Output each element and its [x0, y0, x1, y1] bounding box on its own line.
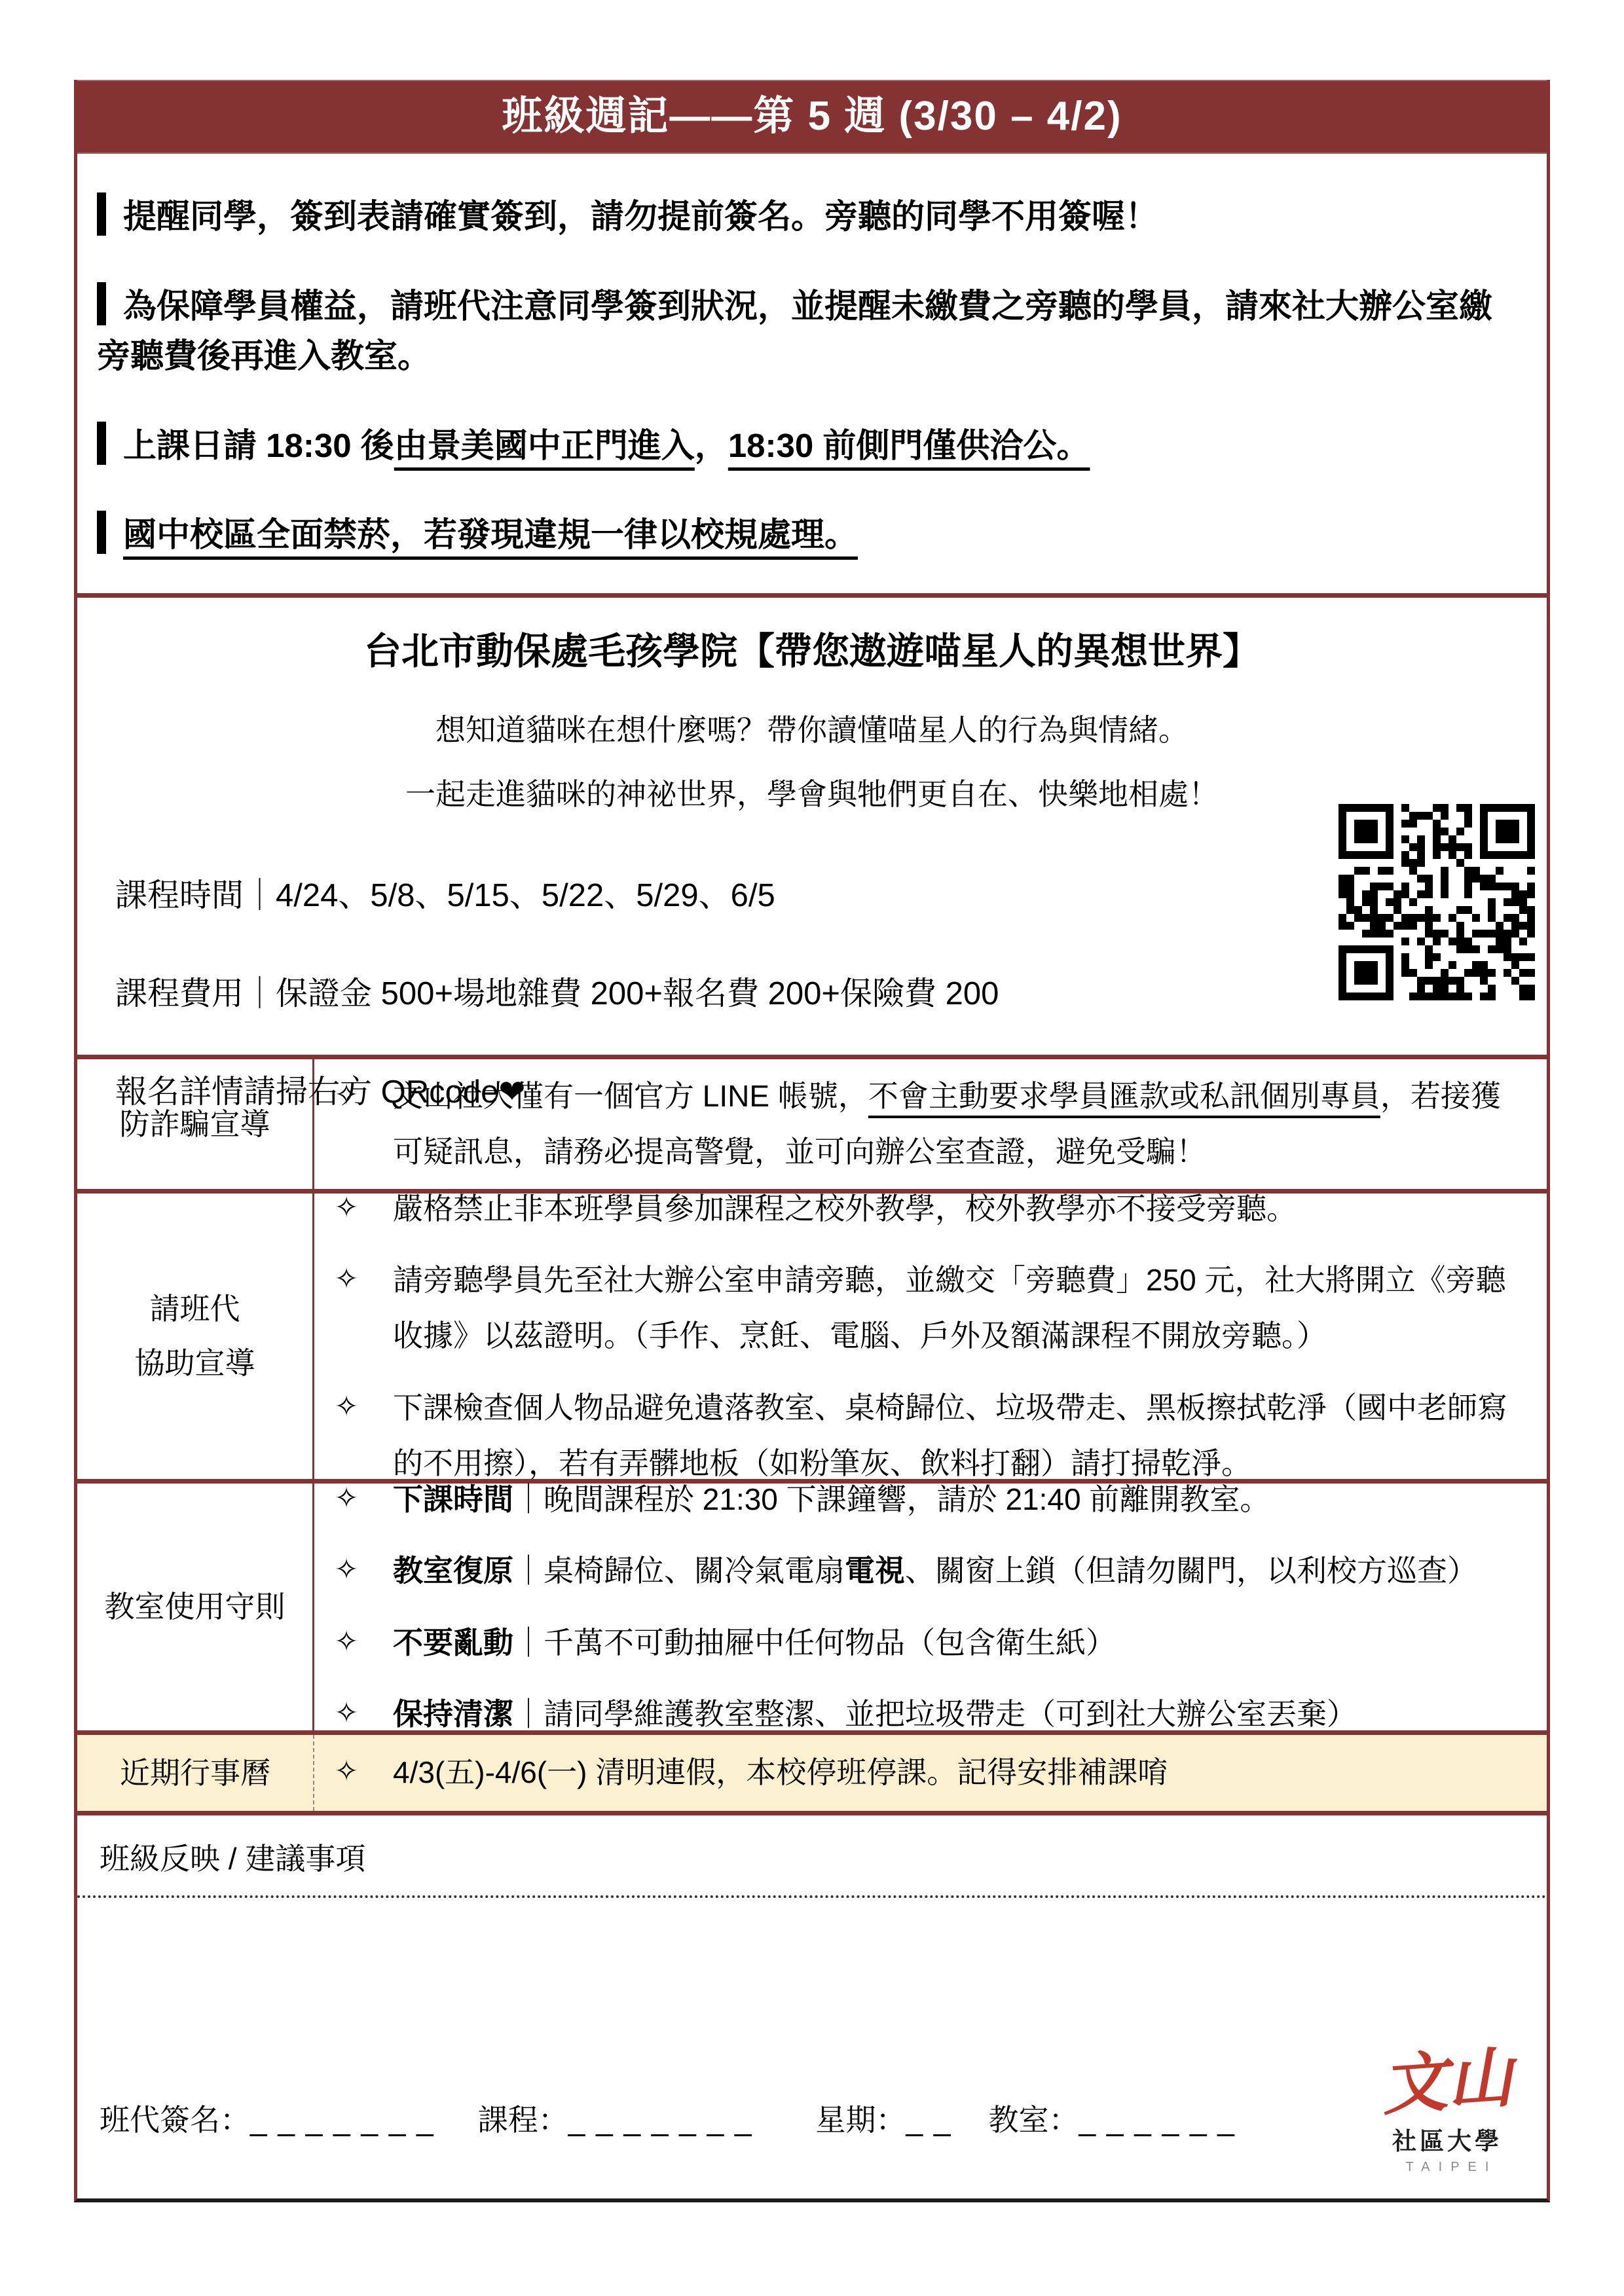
row-label-assist: 請班代 協助宣導: [77, 1194, 314, 1479]
report-sheet: 班級週記——第 5 週 (3/30 – 4/2) 提醒同學，簽到表請確實簽到，請…: [74, 80, 1550, 2202]
diamond-bullet-icon: ✧: [330, 1619, 363, 1665]
diamond-bullet-icon: ✧: [330, 1384, 363, 1430]
rule-text: ｜請同學維護教室整潔、並把垃圾帶走（可到社大辦公室丟棄）: [513, 1697, 1357, 1731]
classroom-blank-field: _ _ _ _ _ _: [1079, 2102, 1235, 2138]
notice-bar-icon: [97, 282, 106, 325]
notice-text: 為保障學員權益，請班代注意同學簽到狀況，並提醒未繳費之旁聽的學員，請來社大辦公室…: [97, 287, 1492, 375]
notice-paragraph: 國中校區全面禁菸，若發現違規一律以校規處理。: [97, 510, 1510, 560]
row-label-calendar: 近期行事曆: [77, 1735, 314, 1811]
notice-text: ，: [695, 427, 728, 464]
rule-title: 下課時間: [393, 1482, 513, 1516]
row-label-line: 請班代: [150, 1282, 240, 1336]
table-row-calendar: 近期行事曆 ✧ 4/3(五)-4/6(一) 清明連假，本校停班停課。記得安排補課…: [77, 1735, 1547, 1811]
signature-label: 班代簽名：: [100, 2096, 250, 2140]
qr-instruction-text: 報名詳情請掃右方 QRcode: [115, 1074, 498, 1110]
notice-paragraph: 上課日請 18:30 後由景美國中正門進入，18:30 前側門僅供洽公。: [97, 421, 1510, 471]
qr-code: [1338, 804, 1535, 1000]
table-row-assist: 請班代 協助宣導 ✧ 嚴格禁止非本班學員參加課程之校外教學，校外教學亦不接受旁聽…: [77, 1194, 1547, 1479]
notice-text-underlined: 國中校區全面禁菸，若發現違規一律以校規處理。: [123, 516, 858, 553]
notice-text: 上課日請 18:30 後: [123, 427, 394, 464]
page-title: 班級週記——第 5 週 (3/30 – 4/2): [77, 80, 1547, 154]
list-item-text: 請旁聽學員先至社大辦公室申請旁聽，並繳交「旁聽費」250 元，社大將開立《旁聽收…: [393, 1252, 1517, 1364]
course-fee-line: 課程費用｜保證金 500+場地雜費 200+報名費 200+保險費 200: [97, 968, 1527, 1014]
notice-bar-icon: [97, 422, 106, 465]
rule-text: 、關窗上鎖（但請勿關門，以利校方巡查）: [905, 1554, 1477, 1588]
course-time-line: 課程時間｜4/24、5/8、5/15、5/22、5/29、6/5: [97, 870, 1527, 916]
course-blank-field: _ _ _ _ _ _ _: [568, 2102, 753, 2138]
list-item-text: 下課時間｜晚間課程於 21:30 下課鐘響，請於 21:40 前離開教室。: [393, 1472, 1517, 1527]
section-divider: [77, 1730, 1547, 1735]
classroom-label: 教室：: [988, 2096, 1079, 2140]
course-title: 台北市動保處毛孩學院【帶您遨遊喵星人的異想世界】: [97, 621, 1527, 675]
signature-blank-field: _ _ _ _ _ _ _: [250, 2102, 435, 2138]
list-item: ✧ 教室復原｜桌椅歸位、關冷氣電扇電視、關窗上鎖（但請勿關門，以利校方巡查）: [314, 1543, 1517, 1599]
table-row-rules: 教室使用守則 ✧ 下課時間｜晚間課程於 21:30 下課鐘響，請於 21:40 …: [77, 1484, 1547, 1730]
rule-text-bold: 電視: [845, 1554, 905, 1588]
list-item-text: 不要亂動｜千萬不可動抽屜中任何物品（包含衛生紙）: [393, 1615, 1517, 1671]
logo-calligraphy-text: 文山: [1380, 2043, 1515, 2121]
row-content-rules: ✧ 下課時間｜晚間課程於 21:30 下課鐘響，請於 21:40 前離開教室。 …: [314, 1484, 1547, 1730]
list-item: ✧ 4/3(五)-4/6(一) 清明連假，本校停班停課。記得安排補課唷: [314, 1745, 1517, 1800]
diamond-bullet-icon: ✧: [330, 1256, 363, 1302]
diamond-bullet-icon: ✧: [330, 1185, 363, 1231]
diamond-bullet-icon: ✧: [330, 1476, 363, 1522]
notice-bar-icon: [97, 511, 106, 554]
logo-org-text: 社區大學: [1382, 2121, 1513, 2157]
section-divider: [77, 593, 1547, 598]
rule-title: 教室復原: [393, 1554, 513, 1588]
list-item: ✧ 請旁聽學員先至社大辦公室申請旁聽，並繳交「旁聽費」250 元，社大將開立《旁…: [314, 1252, 1517, 1364]
list-item-text: 教室復原｜桌椅歸位、關冷氣電扇電視、關窗上鎖（但請勿關門，以利校方巡查）: [393, 1543, 1517, 1599]
separator: ｜: [244, 878, 276, 913]
list-item: ✧ 不要亂動｜千萬不可動抽屜中任何物品（包含衛生紙）: [314, 1615, 1517, 1671]
section-divider: [77, 1811, 1547, 1815]
rule-title: 保持清潔: [393, 1697, 513, 1731]
notice-paragraph: 為保障學員權益，請班代注意同學簽到狀況，並提醒未繳費之旁聽的學員，請來社大辦公室…: [97, 282, 1510, 382]
course-fee-value: 保證金 500+場地雜費 200+報名費 200+保險費 200: [276, 976, 999, 1011]
list-item-text: 嚴格禁止非本班學員參加課程之校外教學，校外教學亦不接受旁聽。: [393, 1181, 1517, 1237]
row-content-calendar: ✧ 4/3(五)-4/6(一) 清明連假，本校停班停課。記得安排補課唷: [314, 1735, 1547, 1811]
list-item: ✧ 嚴格禁止非本班學員參加課程之校外教學，校外教學亦不接受旁聽。: [314, 1181, 1517, 1237]
weekly-class-report-page: 班級週記——第 5 週 (3/30 – 4/2) 提醒同學，簽到表請確實簽到，請…: [0, 0, 1624, 2296]
separator: ｜: [244, 976, 276, 1011]
course-subtitle-2: 一起走進貓咪的神祕世界，學會與牠們更自在、快樂地相處！: [97, 771, 1527, 814]
diamond-bullet-icon: ✧: [330, 1547, 363, 1593]
course-subtitle-1: 想知道貓咪在想什麼嗎？帶你讀懂喵星人的行為與情緒。: [97, 706, 1527, 750]
row-content-assist: ✧ 嚴格禁止非本班學員參加課程之校外教學，校外教學亦不接受旁聽。 ✧ 請旁聽學員…: [314, 1194, 1547, 1479]
course-promo-section: 台北市動保處毛孩學院【帶您遨遊喵星人的異想世界】 想知道貓咪在想什麼嗎？帶你讀懂…: [77, 598, 1547, 1055]
feedback-label: 班級反映 / 建議事項: [77, 1815, 1547, 1878]
heart-icon: ❤: [498, 1074, 525, 1110]
weekday-label: 星期：: [816, 2096, 906, 2140]
section-divider: [77, 1055, 1547, 1059]
course-time-value: 4/24、5/8、5/15、5/22、5/29、6/5: [276, 878, 775, 913]
row-label-line: 協助宣導: [135, 1336, 255, 1391]
wenshan-community-college-logo: 文山 社區大學 TAIPEI: [1382, 2047, 1513, 2175]
list-item: ✧ 下課時間｜晚間課程於 21:30 下課鐘響，請於 21:40 前離開教室。: [314, 1472, 1517, 1527]
logo-city-text: TAIPEI: [1382, 2160, 1513, 2175]
course-label: 課程：: [478, 2096, 568, 2140]
row-label-rules: 教室使用守則: [77, 1484, 314, 1730]
course-fee-label: 課程費用: [115, 976, 244, 1011]
rule-title: 不要亂動: [393, 1626, 513, 1660]
list-item-text: 4/3(五)-4/6(一) 清明連假，本校停班停課。記得安排補課唷: [393, 1745, 1517, 1800]
rule-text: ｜晚間課程於 21:30 下課鐘響，請於 21:40 前離開教室。: [513, 1482, 1270, 1516]
notices-section: 提醒同學，簽到表請確實簽到，請勿提前簽名。旁聽的同學不用簽喔！ 為保障學員權益，…: [77, 154, 1547, 593]
notice-bar-icon: [97, 192, 106, 236]
diamond-bullet-icon: ✧: [330, 1749, 363, 1795]
rule-text: ｜桌椅歸位、關冷氣電扇: [513, 1554, 845, 1588]
signature-row: 班代簽名：_ _ _ _ _ _ _課程：_ _ _ _ _ _ _星期：_ _…: [100, 2096, 1236, 2140]
qr-instruction-line: 報名詳情請掃右方 QRcode❤: [97, 1066, 1527, 1112]
notice-paragraph: 提醒同學，簽到表請確實簽到，請勿提前簽名。旁聽的同學不用簽喔！: [97, 192, 1510, 242]
notice-text-underlined: 由景美國中正門進入: [394, 427, 695, 464]
weekday-blank-field: _ _: [906, 2102, 952, 2138]
rule-text: ｜千萬不可動抽屜中任何物品（包含衛生紙）: [513, 1626, 1116, 1660]
notice-text: 提醒同學，簽到表請確實簽到，請勿提前簽名。旁聽的同學不用簽喔！: [123, 198, 1158, 235]
notice-text-underlined: 18:30 前側門僅供洽公。: [728, 427, 1090, 464]
diamond-bullet-icon: ✧: [330, 1690, 363, 1736]
course-time-label: 課程時間: [115, 878, 244, 913]
dotted-divider: [77, 1895, 1547, 1898]
feedback-section: 班級反映 / 建議事項 班代簽名：_ _ _ _ _ _ _課程：_ _ _ _…: [77, 1815, 1547, 2198]
